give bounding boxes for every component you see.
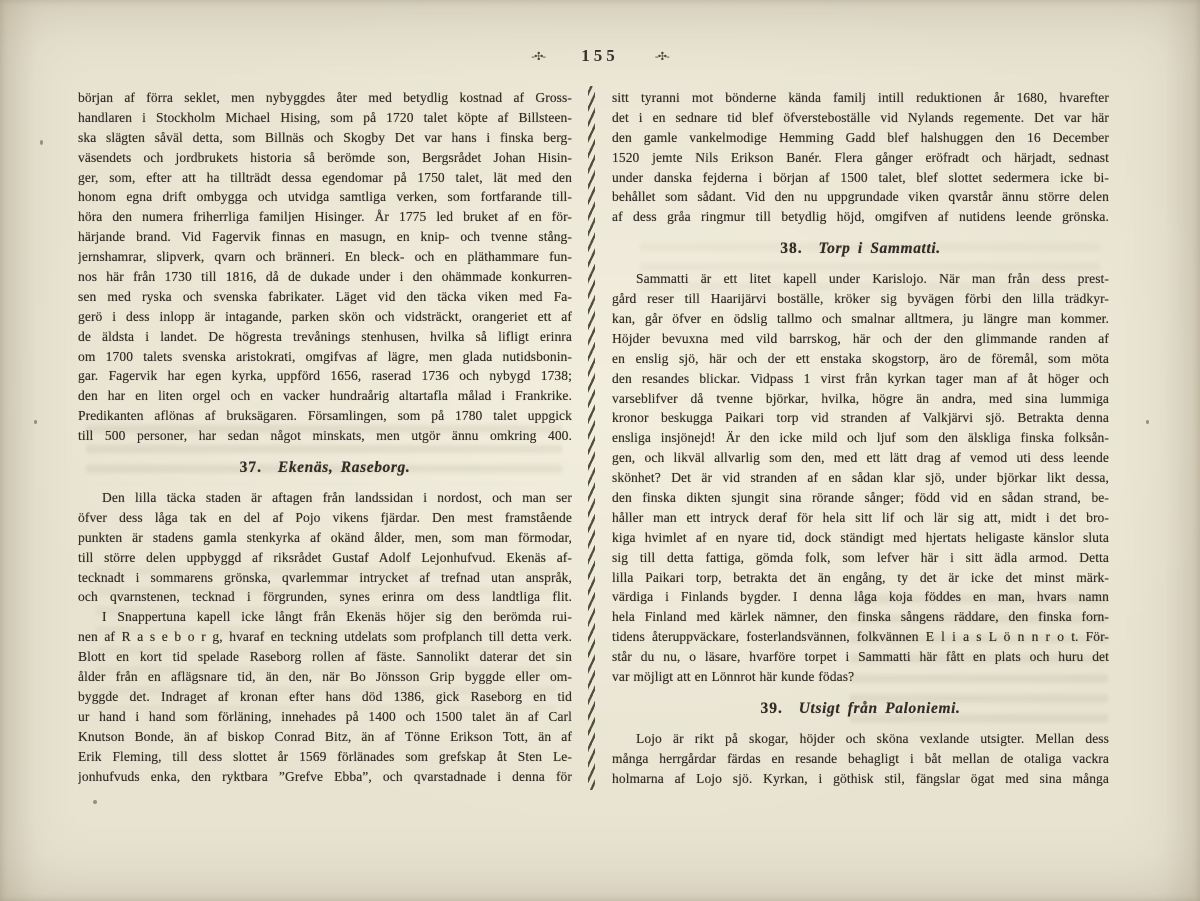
text-line: behållet som sådant. Vid den nu uppgrund…: [612, 187, 1109, 207]
text-line: ger, som, efter att ha tillträdt dessa e…: [78, 168, 572, 188]
text-line: honom egna drift ombygga och utvidga sam…: [78, 187, 572, 207]
scan-speck: [1146, 420, 1149, 424]
section-number: 39.: [761, 700, 783, 717]
paragraph-sammatti: Sammatti är ett litet kapell under Karis…: [612, 269, 1109, 687]
page-number: 155: [581, 46, 619, 66]
text-line: under danska fejderna i början af 1500 t…: [612, 168, 1109, 188]
text-line: Erik Fleming, till dess slottet år 1569 …: [78, 747, 572, 767]
text-line: sitt tyranni mot bönderne kända familj i…: [612, 88, 1109, 108]
text-line: den har en liten orgel och en vacker hun…: [78, 386, 572, 406]
text-line: tidens återuppväckare, fosterlandsvännen…: [612, 627, 1109, 647]
text-line: början af förra seklet, men nybyggdes åt…: [78, 88, 572, 108]
text-line: I Snappertuna kapell icke långt från Eke…: [78, 607, 572, 627]
text-line: Den lilla täcka staden är aftagen från l…: [78, 488, 572, 508]
text-line: den gamle vankelmodige Hemming Gadd blef…: [612, 128, 1109, 148]
column-divider-rule: [588, 86, 595, 790]
text-line: lilla Paikari torp, betrakta det än engå…: [612, 568, 1109, 588]
text-line: en enslig sjö, här och der ett enstaka s…: [612, 349, 1109, 369]
text-line: kiga hvimlet af en nyare tid, dock ständ…: [612, 528, 1109, 548]
text-line: holmarna af Lojo sjö. Kyrkan, i göthisk …: [612, 769, 1109, 789]
text-line: Lojo är rikt på skogar, höjder och sköna…: [612, 729, 1109, 749]
text-line: den finska dikten sjungit sina rörande s…: [612, 488, 1109, 508]
text-line: härjande brand. Vid Fagervik finnas en m…: [78, 227, 572, 247]
text-line: tecknadt i sommarens grönska, qvarlemmar…: [78, 568, 572, 588]
page-header: -✣- 155 -✣-: [0, 46, 1200, 66]
paragraph-paloniemi: Lojo är rikt på skogar, höjder och sköna…: [612, 729, 1109, 789]
text-line: Sammatti är ett litet kapell under Karis…: [612, 269, 1109, 289]
text-line: hela Finland med kärlek nämner, den fins…: [612, 607, 1109, 627]
text-line: Blott en kort tid spelade Raseborg rolle…: [78, 647, 572, 667]
paragraph-raseborg-history-continuation: sitt tyranni mot bönderne kända familj i…: [612, 88, 1109, 227]
text-line: håller man ett intryck deraf för hela si…: [612, 508, 1109, 528]
text-line: och qvarnstenen, tecknad i förgrunden, s…: [78, 587, 572, 607]
text-line: var möjligt att en Lönnrot här kunde föd…: [612, 667, 1109, 687]
paragraph-raseborg: I Snappertuna kapell icke långt från Eke…: [78, 607, 572, 786]
text-line: punkten är stadens gamla stenkyrka af ok…: [78, 528, 572, 548]
text-line: det i en sednare tid blef öfverstebostäl…: [612, 108, 1109, 128]
text-line: ur hand i hand som förläning, innehades …: [78, 707, 572, 727]
scan-speck: [40, 140, 43, 145]
section-heading-39: 39. Utsigt från Paloniemi.: [612, 699, 1109, 719]
left-column: början af förra seklet, men nybyggdes åt…: [78, 88, 572, 786]
text-line: jonhufvuds enka, den ryktbara ”Grefve Eb…: [78, 767, 572, 787]
text-line: till 500 personer, har sedan något minsk…: [78, 426, 572, 446]
section-title: Torp i Sammatti.: [818, 240, 940, 257]
text-line: många herrgårdar färdas en resande behag…: [612, 749, 1109, 769]
paragraph-fagervik-continuation: början af förra seklet, men nybyggdes åt…: [78, 88, 572, 446]
section-heading-38: 38. Torp i Sammatti.: [612, 239, 1109, 259]
text-line: värdiga i Finlands bygder. I denna låga …: [612, 587, 1109, 607]
section-number: 38.: [780, 240, 802, 257]
right-column: sitt tyranni mot bönderne kända familj i…: [612, 88, 1109, 789]
text-line: af dess gråa ringmur till betydlig höjd,…: [612, 207, 1109, 227]
text-line: gerö i dess inlopp är intagande, parken …: [78, 307, 572, 327]
text-line: jernshamrar, slipverk, qvarn och bränner…: [78, 247, 572, 267]
text-line: ensliga insjönejd! Är den icke mild och …: [612, 428, 1109, 448]
text-line: öfver dess låga tak en del af Pojo viken…: [78, 508, 572, 528]
scan-speck: [34, 420, 37, 424]
text-line: gård reser till Haarijärvi boställe, krö…: [612, 289, 1109, 309]
text-line: Knutson Bonde, än af biskop Conrad Bitz,…: [78, 727, 572, 747]
section-title: Ekenäs, Raseborg.: [278, 459, 410, 476]
ornament-right-icon: -✣-: [655, 50, 669, 63]
text-line: sig till detta fattiga, gömda folk, som …: [612, 548, 1109, 568]
text-line: ska slägten såväl detta, som Billnäs och…: [78, 128, 572, 148]
text-line: ålder från en aflägsnare tid, än den, nä…: [78, 667, 572, 687]
text-line: Predikanten aflönas af bruksägaren. Förs…: [78, 406, 572, 426]
paragraph-ekenas: Den lilla täcka staden är aftagen från l…: [78, 488, 572, 607]
text-line: kronor beskugga Paikari torp vid strande…: [612, 408, 1109, 428]
text-line: 1520 jemte Nils Erikson Banér. Flera gån…: [612, 148, 1109, 168]
text-line: skönhet? Det är vid stranden af en sådan…: [612, 468, 1109, 488]
text-line: höra den numera friherrliga familjen His…: [78, 207, 572, 227]
text-line: handlaren i Stockholm Michael Hising, so…: [78, 108, 572, 128]
book-page: -✣- 155 -✣- början af förra seklet, men …: [0, 0, 1200, 901]
section-title: Utsigt från Paloniemi.: [799, 700, 961, 717]
text-line: den resandes blickar. Vidpass 1 virst fr…: [612, 369, 1109, 389]
text-line: de äldsta i landet. De högresta trevånin…: [78, 327, 572, 347]
text-line: kan, går öfver en ödslig tallmo och smal…: [612, 309, 1109, 329]
text-line: gar. Fagervik har egen kyrka, uppförd 16…: [78, 366, 572, 386]
scan-speck: [93, 800, 97, 804]
text-line: står du nu, o läsare, hvarföre torpet i …: [612, 647, 1109, 667]
section-number: 37.: [240, 459, 262, 476]
section-heading-37: 37. Ekenäs, Raseborg.: [78, 458, 572, 478]
text-line: varseblifver då tvenne björkar, hvilka, …: [612, 389, 1109, 409]
ornament-left-icon: -✣-: [531, 50, 545, 63]
text-line: väsendets och jordbrukets historia så be…: [78, 148, 572, 168]
text-line: byggde det. Indraget af kronan efter han…: [78, 687, 572, 707]
text-line: Höjder bevuxna med vild barrskog, här oc…: [612, 329, 1109, 349]
text-line: till större delen uppbyggd af riksrådet …: [78, 548, 572, 568]
text-line: nos här från 1730 till 1816, då de dukad…: [78, 267, 572, 287]
text-line: gen, och likväl allvarlig som den, med e…: [612, 448, 1109, 468]
text-line: om 1700 talets svenska aristokrati, omgi…: [78, 347, 572, 367]
text-line: nen af R a s e b o r g, hvaraf en teckni…: [78, 627, 572, 647]
text-line: sen med ryska och svenska fabrikater. Lä…: [78, 287, 572, 307]
